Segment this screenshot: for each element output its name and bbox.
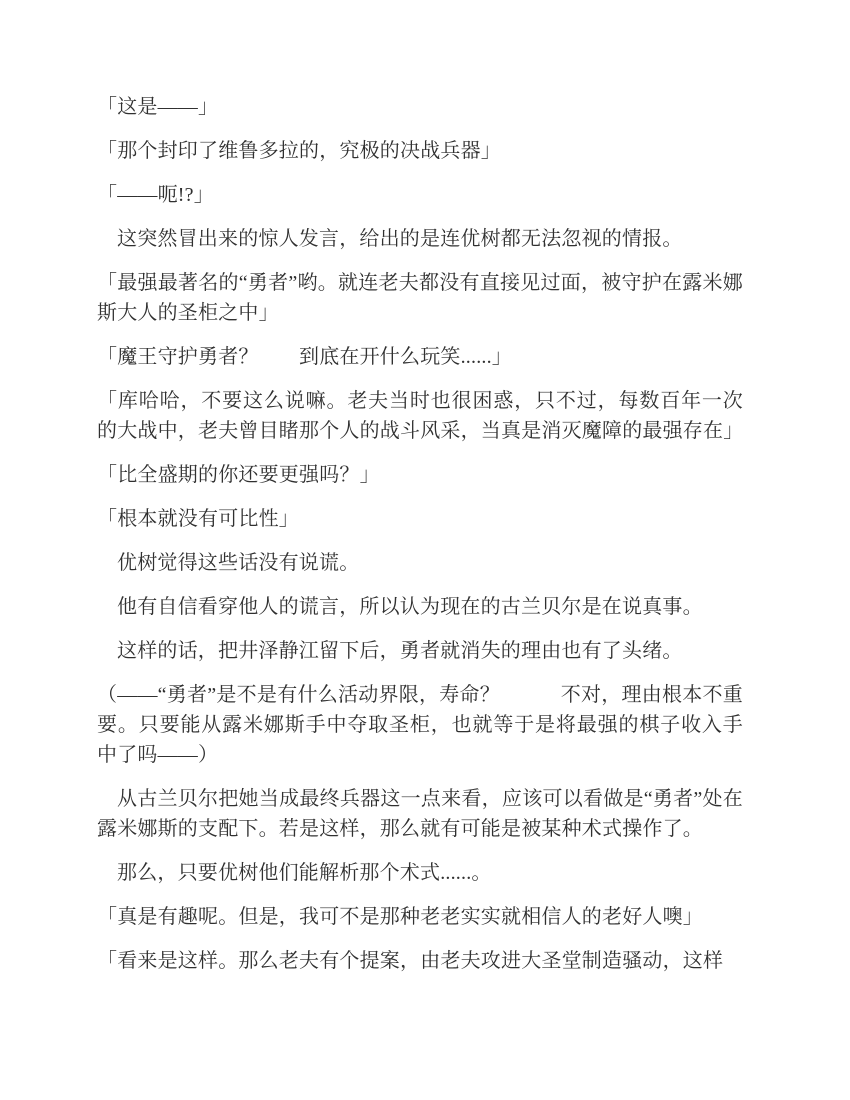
paragraph: 「——呃!?」 xyxy=(97,180,743,210)
paragraph: 这突然冒出来的惊人发言，给出的是连优树都无法忽视的情报。 xyxy=(97,224,743,254)
paragraph: 「这是——」 xyxy=(97,92,743,122)
paragraph: 「真是有趣呢。但是，我可不是那种老老实实就相信人的老好人噢」 xyxy=(97,902,743,932)
paragraph: 「库哈哈，不要这么说嘛。老夫当时也很困惑，只不过，每数百年一次的大战中，老夫曾目… xyxy=(97,386,743,446)
paragraph: 「比全盛期的你还要更强吗？」 xyxy=(97,460,743,490)
paragraph: 这样的话，把井泽静江留下后，勇者就消失的理由也有了头绪。 xyxy=(97,636,743,666)
paragraph: 「最强最著名的“勇者”哟。就连老夫都没有直接见过面，被守护在露米娜斯大人的圣柜之… xyxy=(97,268,743,328)
novel-page: 「这是——」「那个封印了维鲁多拉的，究极的决战兵器」「——呃!?」这突然冒出来的… xyxy=(0,0,850,1100)
paragraph: 「看来是这样。那么老夫有个提案，由老夫攻进大圣堂制造骚动，这样 xyxy=(97,946,743,976)
paragraph: 他有自信看穿他人的谎言，所以认为现在的古兰贝尔是在说真事。 xyxy=(97,592,743,622)
paragraph: 优树觉得这些话没有说谎。 xyxy=(97,548,743,578)
paragraph: 「那个封印了维鲁多拉的，究极的决战兵器」 xyxy=(97,136,743,166)
paragraph: （——“勇者”是不是有什么活动界限，寿命？ 不对，理由根本不重要。只要能从露米娜… xyxy=(97,680,743,770)
paragraph: 「魔王守护勇者？ 到底在开什么玩笑......」 xyxy=(97,342,743,372)
paragraph: 那么，只要优树他们能解析那个术式......。 xyxy=(97,858,743,888)
paragraph: 「根本就没有可比性」 xyxy=(97,504,743,534)
text-block: 「这是——」「那个封印了维鲁多拉的，究极的决战兵器」「——呃!?」这突然冒出来的… xyxy=(97,92,743,990)
paragraph: 从古兰贝尔把她当成最终兵器这一点来看，应该可以看做是“勇者”处在露米娜斯的支配下… xyxy=(97,784,743,844)
